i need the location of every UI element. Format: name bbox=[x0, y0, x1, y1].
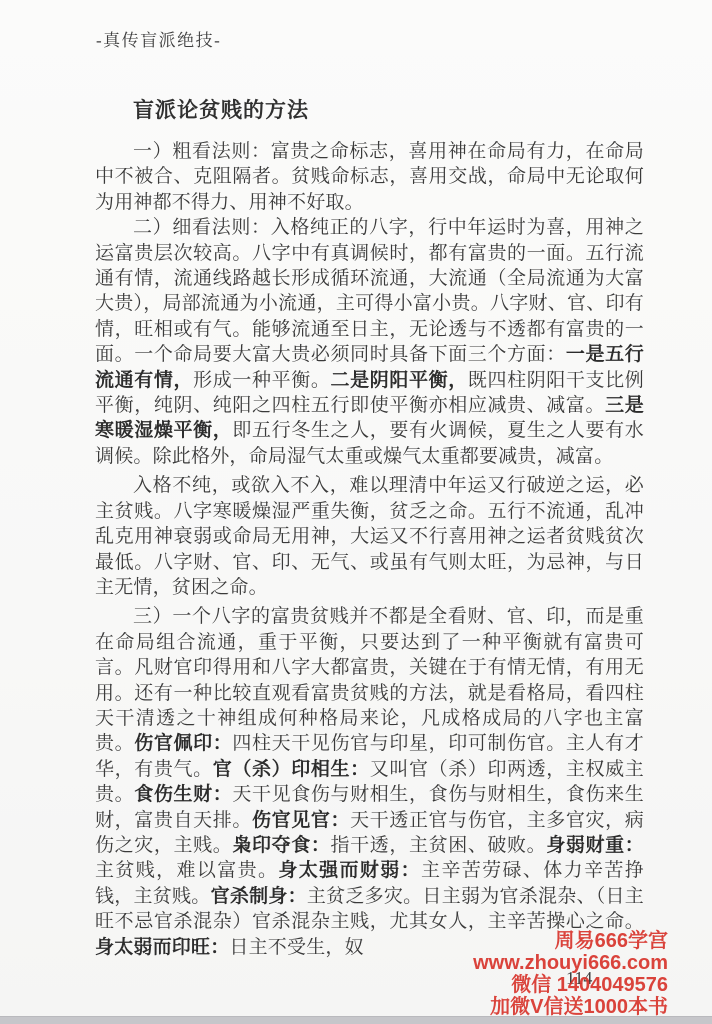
paragraph: 入格不纯，或欲入不入，难以理清中年运又行破逆之运，必主贫贱。八字寒暖燥湿严重失衡… bbox=[95, 473, 644, 600]
page-bottom-strip bbox=[0, 1016, 712, 1024]
paragraph: 二）细看法则：入格纯正的八字，行中年运时为喜，用神之运富贵层次较高。八字中有真调… bbox=[95, 215, 644, 469]
paragraph: 三）一个八字的富贵贫贱并不都是全看财、官、印，而是重在命局组合流通，重于平衡，只… bbox=[95, 604, 644, 960]
watermark-line: www.zhouyi666.com bbox=[473, 952, 668, 974]
watermark-line: 加微V信送1000本书 bbox=[473, 996, 668, 1018]
book-series-header: -真传盲派绝技- bbox=[96, 26, 221, 51]
watermark-advert: 周易666学宫www.zhouyi666.com微信 1404049576加微V… bbox=[473, 930, 668, 1018]
page-content: 盲派论贫贱的方法 一）粗看法则：富贵之命标志，喜用神在命局有力，在命局中不被合、… bbox=[95, 94, 644, 960]
scanned-book-page: -真传盲派绝技- 盲派论贫贱的方法 一）粗看法则：富贵之命标志，喜用神在命局有力… bbox=[0, 0, 712, 1024]
body-paragraphs: 一）粗看法则：富贵之命标志，喜用神在命局有力，在命局中不被合、克阻隔者。贫贱命标… bbox=[95, 139, 644, 960]
watermark-line: 周易666学宫 bbox=[473, 930, 668, 952]
section-title: 盲派论贫贱的方法 bbox=[133, 94, 644, 124]
paragraph: 一）粗看法则：富贵之命标志，喜用神在命局有力，在命局中不被合、克阻隔者。贫贱命标… bbox=[95, 139, 644, 215]
watermark-line: 微信 1404049576 bbox=[473, 974, 668, 996]
